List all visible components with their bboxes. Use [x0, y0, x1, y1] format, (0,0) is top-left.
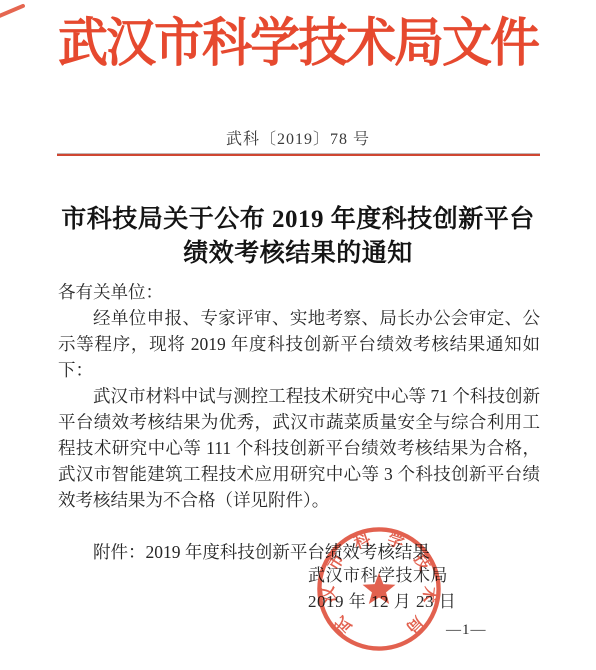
document-number: 武科〔2019〕78 号	[0, 126, 596, 149]
seal-char: 局	[403, 613, 427, 637]
signature-block: 武汉市科学技术局 2019 年 12 月 23 日	[308, 563, 478, 615]
official-document-page: 武汉市科学技术局文件 武科〔2019〕78 号 市科技局关于公布 2019 年度…	[0, 0, 596, 670]
attachment-reference: 附件：2019 年度科技创新平台绩效考核结果	[58, 539, 540, 565]
notice-title-line2: 绩效考核结果的通知	[30, 237, 566, 271]
signing-agency: 武汉市科学技术局	[308, 563, 478, 589]
seal-char: 武	[331, 612, 356, 637]
salutation: 各有关单位：	[58, 279, 540, 305]
body-paragraph-2: 武汉市材料中试与测控工程技术研究中心等 71 个科技创新平台绩效考核结果为优秀，…	[58, 383, 540, 513]
signing-date: 2019 年 12 月 23 日	[308, 589, 478, 615]
page-number: —1—	[446, 622, 487, 639]
notice-title: 市科技局关于公布 2019 年度科技创新平台 绩效考核结果的通知	[30, 203, 566, 271]
notice-body: 各有关单位： 经单位申报、专家评审、实地考察、局长办公会审定、公示等程序，现将 …	[58, 279, 540, 565]
document-header-title: 武汉市科学技术局文件	[0, 8, 596, 77]
header-divider-rule	[57, 154, 540, 156]
notice-title-line1: 市科技局关于公布 2019 年度科技创新平台	[30, 203, 566, 237]
body-paragraph-1: 经单位申报、专家评审、实地考察、局长办公会审定、公示等程序，现将 2019 年度…	[58, 305, 540, 383]
